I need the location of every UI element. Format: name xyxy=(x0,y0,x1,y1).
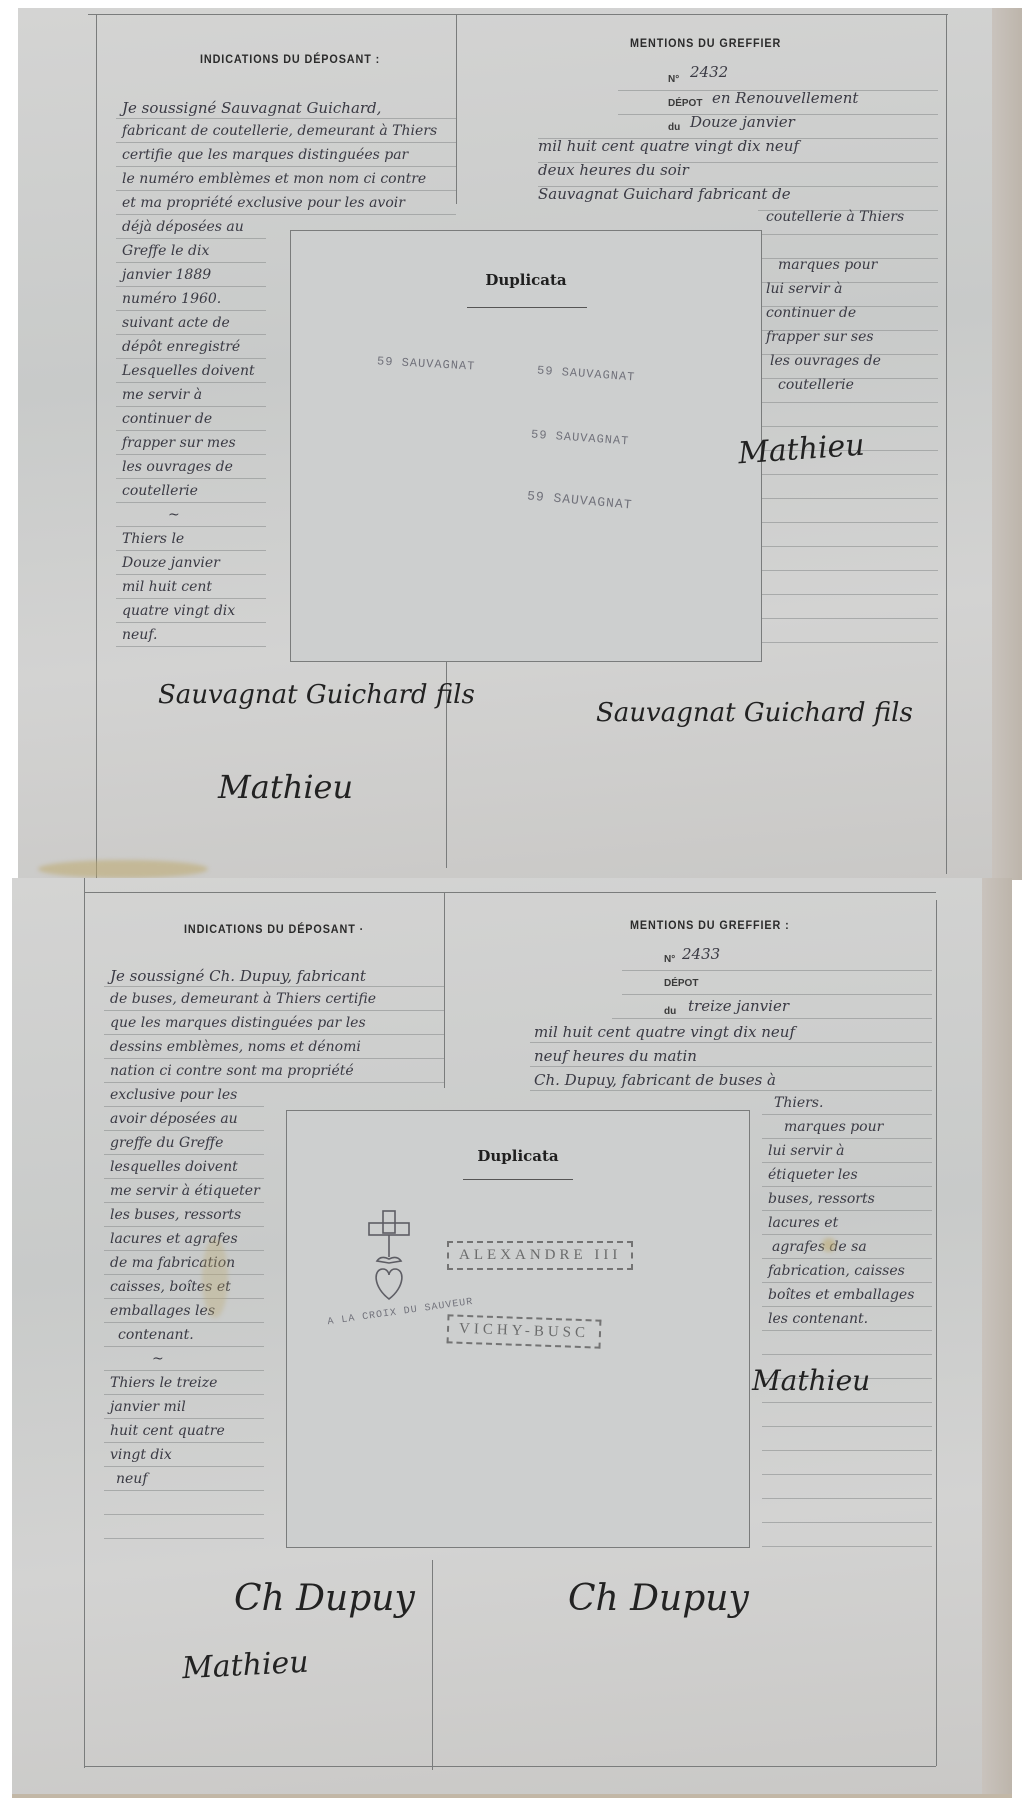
declarant-line: ~ xyxy=(152,1348,164,1371)
top-border xyxy=(84,892,936,893)
registry-line: Ch. Dupuy, fabricant de buses à xyxy=(534,1068,776,1092)
registry-line: marques pour xyxy=(784,1116,883,1139)
right-header: MENTIONS DU GREFFIER xyxy=(630,36,781,50)
bottom-border xyxy=(84,1766,936,1767)
duplicata-box: Duplicata A LA CROIX DU SAUVEUR ALEXANDR… xyxy=(286,1110,750,1548)
sheet-1: INDICATIONS DU DÉPOSANT : MENTIONS DU GR… xyxy=(18,8,1022,880)
registry-line: lui servir à xyxy=(766,278,842,301)
mark-stamp: 59 SAUVAGNAT xyxy=(531,428,630,449)
registry-line: lui servir à xyxy=(768,1140,844,1163)
paper-edge xyxy=(982,878,1012,1794)
declarant-line: suivant acte de xyxy=(122,312,230,335)
registry-line: neuf heures du matin xyxy=(534,1044,697,1068)
registrar-signature: Mathieu xyxy=(737,428,866,472)
registry-line: Thiers. xyxy=(774,1092,823,1115)
registry-line: buses, ressorts xyxy=(768,1188,875,1211)
declarant-line: huit cent quatre xyxy=(110,1420,225,1443)
left-border xyxy=(96,14,97,880)
registry-line: les ouvrages de xyxy=(770,350,881,373)
declarant-line: me servir à étiqueter xyxy=(110,1180,260,1203)
mark-stamp-alexandre: ALEXANDRE III xyxy=(447,1241,633,1270)
du-value: Douze janvier xyxy=(690,110,795,134)
declarant-line: neuf xyxy=(116,1468,148,1491)
signature-divider xyxy=(432,1560,433,1770)
declarant-line: ~ xyxy=(168,504,180,527)
registry-line: coutellerie xyxy=(778,374,854,397)
paper-edge xyxy=(992,8,1022,880)
depot-label: DÉPOT xyxy=(668,98,702,109)
mark-stamp-vichy: VICHY-BUSC xyxy=(447,1314,602,1348)
registry-line: lacures et xyxy=(768,1212,838,1235)
title-underline xyxy=(463,1179,573,1180)
declarant-signature: Ch Dupuy xyxy=(234,1578,415,1619)
declarant-signature-copy: Ch Dupuy xyxy=(568,1578,749,1619)
declarant-line: numéro 1960. xyxy=(122,288,221,311)
declarant-line: greffe du Greffe xyxy=(110,1132,223,1155)
declarant-line: janvier 1889 xyxy=(122,264,211,287)
number-label: N° xyxy=(664,954,675,965)
number-label: N° xyxy=(668,74,679,85)
registry-line: mil huit cent quatre vingt dix neuf xyxy=(538,134,799,158)
registry-line: coutellerie à Thiers xyxy=(766,206,904,229)
declarant-line: contenant. xyxy=(118,1324,194,1347)
du-label: du xyxy=(664,1006,676,1017)
declarant-line: les buses, ressorts xyxy=(110,1204,241,1227)
duplicata-title: Duplicata xyxy=(291,271,761,289)
duplicata-title: Duplicata xyxy=(287,1147,749,1165)
declarant-line: que les marques distinguées par les xyxy=(110,1012,366,1035)
declarant-line: dépôt enregistré xyxy=(122,336,240,359)
declarant-line: mil huit cent xyxy=(122,576,212,599)
declarant-line: Lesquelles doivent xyxy=(122,360,255,383)
registry-line: frapper sur ses xyxy=(766,326,874,349)
registrar-signature: Mathieu xyxy=(181,1645,309,1687)
mark-stamp: 59 SAUVAGNAT xyxy=(527,488,634,512)
declarant-line: frapper sur mes xyxy=(122,432,236,455)
registry-line: agrafes de sa xyxy=(772,1236,867,1259)
declarant-line: Douze janvier xyxy=(122,552,220,575)
registry-line: boîtes et emballages xyxy=(768,1284,914,1307)
declarant-line: exclusive pour les xyxy=(110,1084,237,1107)
declarant-line: certifie que les marques distinguées par xyxy=(122,144,408,167)
registry-number: 2432 xyxy=(690,60,728,84)
mark-stamp: 59 SAUVAGNAT xyxy=(377,354,476,373)
du-value: treize janvier xyxy=(688,994,789,1018)
paper-stain xyxy=(822,1238,836,1252)
registry-line: fabrication, caisses xyxy=(768,1260,905,1283)
declarant-line: dessins emblèmes, noms et dénomi xyxy=(110,1036,361,1059)
column-divider xyxy=(456,14,457,204)
registry-line: marques pour xyxy=(778,254,877,277)
left-border xyxy=(84,878,85,1768)
declarant-line: Je soussigné Sauvagnat Guichard, xyxy=(122,96,381,120)
cross-heart-emblem-icon xyxy=(345,1207,435,1317)
declarant-line: me servir à xyxy=(122,384,202,407)
right-header: MENTIONS DU GREFFIER : xyxy=(630,918,790,932)
title-underline xyxy=(467,307,587,308)
du-label: du xyxy=(668,122,680,133)
registry-number: 2433 xyxy=(682,942,720,966)
paper-stain xyxy=(202,1238,228,1318)
declarant-line: de buses, demeurant à Thiers certifie xyxy=(110,988,376,1011)
declarant-signature: Sauvagnat Guichard fils xyxy=(158,680,475,710)
registry-line: étiqueter les xyxy=(768,1164,858,1187)
declarant-line: lesquelles doivent xyxy=(110,1156,238,1179)
declarant-line: Greffe le dix xyxy=(122,240,209,263)
depot-label: DÉPOT xyxy=(664,978,698,989)
declarant-line: nation ci contre sont ma propriété xyxy=(110,1060,354,1083)
registry-line: continuer de xyxy=(766,302,856,325)
declarant-line: déjà déposées au xyxy=(122,216,244,239)
declarant-line: fabricant de coutellerie, demeurant à Th… xyxy=(122,120,437,143)
registry-line: Sauvagnat Guichard fabricant de xyxy=(538,182,791,206)
mark-stamp: 59 SAUVAGNAT xyxy=(537,364,636,385)
declarant-line: continuer de xyxy=(122,408,212,431)
declarant-line: quatre vingt dix xyxy=(122,600,235,623)
declarant-line: Thiers le treize xyxy=(110,1372,217,1395)
declarant-line: le numéro emblèmes et mon nom ci contre xyxy=(122,168,426,191)
declarant-line: avoir déposées au xyxy=(110,1108,238,1131)
declarant-line: Je soussigné Ch. Dupuy, fabricant xyxy=(110,964,366,988)
declarant-line: janvier mil xyxy=(110,1396,186,1419)
declarant-line: neuf. xyxy=(122,624,157,647)
registrar-signature: Mathieu xyxy=(752,1364,870,1397)
left-header: INDICATIONS DU DÉPOSANT : xyxy=(200,52,380,66)
declarant-signature-copy: Sauvagnat Guichard fils xyxy=(596,698,913,728)
photo-frame: INDICATIONS DU DÉPOSANT : MENTIONS DU GR… xyxy=(0,0,1026,1806)
duplicata-box: Duplicata 59 SAUVAGNAT 59 SAUVAGNAT 59 S… xyxy=(290,230,762,662)
registry-line: deux heures du soir xyxy=(538,158,689,182)
registry-line: mil huit cent quatre vingt dix neuf xyxy=(534,1020,795,1044)
declarant-line: vingt dix xyxy=(110,1444,172,1467)
paper-stain xyxy=(38,860,208,878)
declarant-line: et ma propriété exclusive pour les avoir xyxy=(122,192,405,215)
depot-value: en Renouvellement xyxy=(712,86,858,110)
registry-line: les contenant. xyxy=(768,1308,868,1331)
sheet-2: INDICATIONS DU DÉPOSANT · MENTIONS DU GR… xyxy=(12,878,1012,1798)
top-border xyxy=(88,14,948,15)
registrar-signature: Mathieu xyxy=(218,768,353,806)
right-border xyxy=(936,900,937,1766)
column-divider xyxy=(444,892,445,1088)
declarant-line: emballages les xyxy=(110,1300,215,1323)
declarant-line: les ouvrages de xyxy=(122,456,233,479)
left-header: INDICATIONS DU DÉPOSANT · xyxy=(184,922,364,936)
declarant-line: coutellerie xyxy=(122,480,198,503)
declarant-line: Thiers le xyxy=(122,528,184,551)
right-border xyxy=(946,14,947,874)
